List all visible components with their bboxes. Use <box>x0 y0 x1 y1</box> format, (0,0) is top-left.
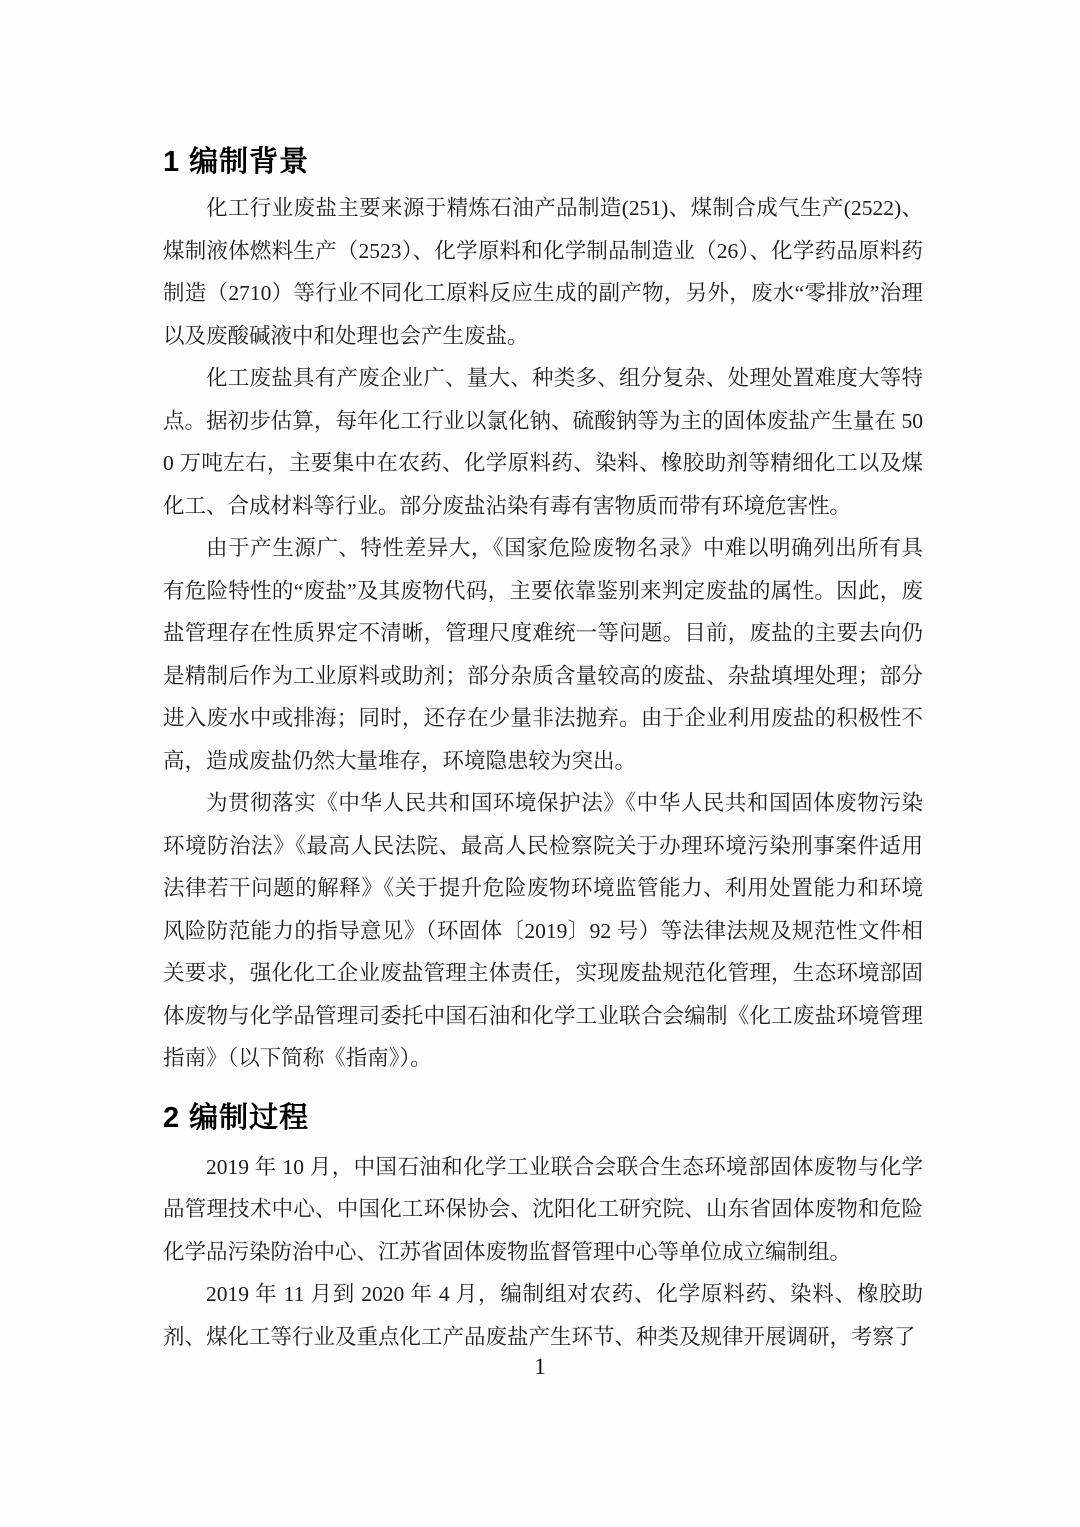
section-1-paragraph-4: 为贯彻落实《中华人民共和国环境保护法》《中华人民共和国固体废物污染环境防治法》《… <box>163 782 923 1080</box>
section-2-paragraph-2: 2019 年 11 月到 2020 年 4 月，编制组对农药、化学原料药、染料、… <box>163 1273 923 1358</box>
section-1-paragraph-2: 化工废盐具有产废企业广、量大、种类多、组分复杂、处理处置难度大等特点。据初步估算… <box>163 357 923 527</box>
section-1-paragraph-1: 化工行业废盐主要来源于精炼石油产品制造(251)、煤制合成气生产(2522)、煤… <box>163 187 923 357</box>
section-1-paragraph-3: 由于产生源广、特性差异大，《国家危险废物名录》中难以明确列出所有具有危险特性的“… <box>163 527 923 782</box>
section-2-paragraph-1: 2019 年 10 月，中国石油和化学工业联合会联合生态环境部固体废物与化学品管… <box>163 1146 923 1274</box>
section-heading-2: 2 编制过程 <box>163 1096 923 1140</box>
section-heading-1: 1 编制背景 <box>163 140 923 184</box>
document-content: 1 编制背景 化工行业废盐主要来源于精炼石油产品制造(251)、煤制合成气生产(… <box>163 140 923 1358</box>
document-page: 1 编制背景 化工行业废盐主要来源于精炼石油产品制造(251)、煤制合成气生产(… <box>0 0 1080 1527</box>
page-number: 1 <box>0 1350 1080 1384</box>
